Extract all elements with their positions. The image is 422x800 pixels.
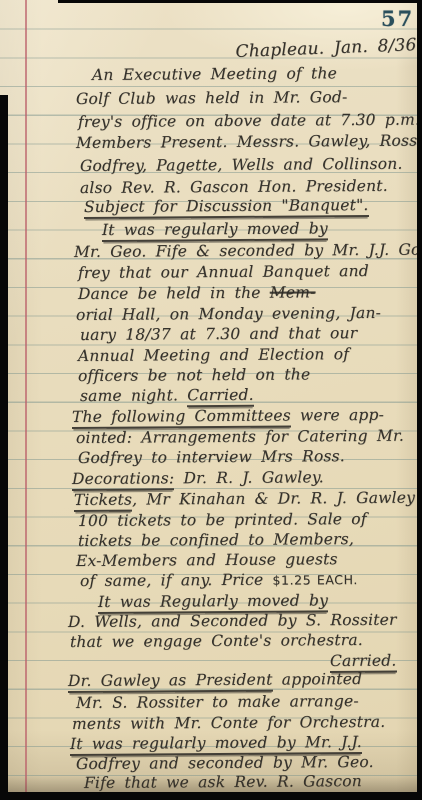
text-segment: also Rev. R. Gascon Hon. President.	[80, 177, 388, 197]
text-segment: orial Hall, on Monday evening, Jan-	[76, 304, 381, 324]
scan-border-top	[58, 0, 422, 3]
handwritten-line: Godfrey to interview Mrs Ross.	[78, 447, 345, 467]
text-segment: tickets be confined to Members,	[78, 530, 354, 550]
scan-border-bottom	[0, 792, 422, 800]
underlined-text: The following Committees	[72, 406, 291, 429]
underlined-text: Tickets	[74, 491, 132, 512]
text-segment: uary 18/37 at 7.30 and that our	[80, 324, 357, 344]
handwritten-line: Annual Meeting and Election of	[78, 345, 349, 365]
underlined-text: It was regularly moved by	[102, 219, 328, 242]
handwritten-line: 100 tickets to be printed. Sale of	[78, 510, 367, 530]
scan-border-left	[0, 95, 8, 800]
text-segment: that we engage Conte's orchestra.	[70, 631, 363, 651]
handwritten-line: It was regularly moved by Mr. J.J.	[70, 733, 362, 753]
handwritten-line: Carried.	[330, 652, 397, 670]
handwritten-line: Dance be held in the Mem-	[78, 283, 316, 303]
handwritten-line: Golf Club was held in Mr. God-	[76, 88, 348, 108]
handwritten-line: It was Regularly moved by	[98, 591, 328, 611]
handwritten-line: Ex-Members and House guests	[76, 550, 338, 570]
scanned-minutes-page: 57 Chapleau. Jan. 8/36An Executive Meeti…	[0, 0, 422, 800]
handwritten-line: also Rev. R. Gascon Hon. President.	[80, 177, 388, 197]
underlined-text: Carried.	[187, 386, 254, 407]
underlined-text: Decorations:	[72, 469, 174, 491]
handwritten-line: orial Hall, on Monday evening, Jan-	[76, 304, 381, 324]
underlined-text: Dr. Gawley as President	[68, 671, 273, 693]
handwritten-line: Godfrey and seconded by Mr. Geo.	[76, 753, 374, 773]
text-segment: Chapleau. Jan. 8/36	[235, 35, 417, 62]
handwritten-line: Chapleau. Jan. 8/36	[235, 35, 417, 62]
handwritten-line: The following Committees were app-	[72, 406, 384, 426]
page-bottom-shadow	[0, 776, 422, 792]
handwritten-line: It was regularly moved by	[102, 219, 328, 239]
handwritten-line: D. Wells, and Seconded by S. Rossiter	[68, 611, 397, 631]
text-segment: were app-	[291, 406, 384, 425]
text-segment: Godfrey to interview Mrs Ross.	[78, 447, 345, 467]
text-segment: Members Present. Messrs. Gawley, Rossite…	[76, 131, 422, 152]
scan-border-right	[417, 0, 422, 800]
text-segment: 100 tickets to be printed. Sale of	[78, 510, 367, 530]
handwritten-line: ments with Mr. Conte for Orchestra.	[72, 713, 386, 733]
underlined-text: Subject for Discussion "Banquet".	[84, 196, 369, 219]
text-segment: Golf Club was held in Mr. God-	[76, 88, 348, 108]
text-segment: Mr. Geo. Fife & seconded by Mr. J.J. God…	[74, 240, 422, 261]
text-segment: Dance be held in the	[78, 284, 270, 303]
handwritten-line: Mr. S. Rossiter to make arrange-	[76, 692, 359, 712]
handwritten-line: uary 18/37 at 7.30 and that our	[80, 324, 357, 344]
handwritten-line: of same, if any. Price $1.25 EACH.	[80, 570, 358, 590]
text-segment: Ex-Members and House guests	[76, 550, 338, 570]
handwritten-line: An Executive Meeting of the	[92, 64, 337, 84]
handwritten-line: Godfrey, Pagette, Wells and Collinson.	[80, 155, 403, 175]
text-segment: ointed: Arrangements for Catering Mr.	[76, 427, 404, 447]
handwritten-line: same night. Carried.	[80, 386, 254, 405]
text-segment: An Executive Meeting of the	[92, 64, 337, 84]
text-segment: Dr. R. J. Gawley.	[174, 468, 324, 487]
handwriting-layer: Chapleau. Jan. 8/36An Executive Meeting …	[0, 0, 422, 800]
handwritten-line: tickets be confined to Members,	[78, 530, 354, 550]
text-segment: of same, if any. Price	[80, 571, 273, 590]
text-segment: Godfrey, Pagette, Wells and Collinson.	[80, 155, 403, 175]
handwritten-line: Members Present. Messrs. Gawley, Rossite…	[76, 131, 422, 152]
text-segment: Mem-	[270, 283, 316, 301]
handwritten-line: Mr. Geo. Fife & seconded by Mr. J.J. God…	[74, 240, 422, 261]
text-segment: same night.	[80, 386, 187, 405]
text-segment: ments with Mr. Conte for Orchestra.	[72, 713, 386, 733]
handwritten-line: Subject for Discussion "Banquet".	[84, 196, 369, 216]
text-segment: Annual Meeting and Election of	[78, 345, 349, 365]
text-segment: , Mr Kinahan & Dr. R. J. Gawley	[132, 489, 415, 509]
text-segment: $1.25 EACH.	[272, 572, 358, 588]
handwritten-line: ointed: Arrangements for Catering Mr.	[76, 427, 404, 447]
text-segment: appointed	[273, 670, 363, 689]
handwritten-line: frey that our Annual Banquet and	[78, 262, 369, 282]
text-segment: frey's office on above date at 7.30 p.m.	[78, 111, 420, 131]
text-segment: officers be not held on the	[78, 365, 311, 385]
handwritten-line: Tickets, Mr Kinahan & Dr. R. J. Gawley	[74, 489, 415, 509]
text-segment: frey that our Annual Banquet and	[78, 262, 369, 282]
text-segment: Mr. S. Rossiter to make arrange-	[76, 692, 359, 712]
text-segment: D. Wells, and Seconded by S. Rossiter	[68, 611, 397, 631]
handwritten-line: Dr. Gawley as President appointed	[68, 670, 362, 690]
handwritten-line: officers be not held on the	[78, 365, 311, 385]
handwritten-line: Decorations: Dr. R. J. Gawley.	[72, 468, 324, 488]
handwritten-line: that we engage Conte's orchestra.	[70, 631, 363, 651]
text-segment: Godfrey and seconded by Mr. Geo.	[76, 753, 374, 773]
handwritten-line: frey's office on above date at 7.30 p.m.	[78, 111, 420, 131]
